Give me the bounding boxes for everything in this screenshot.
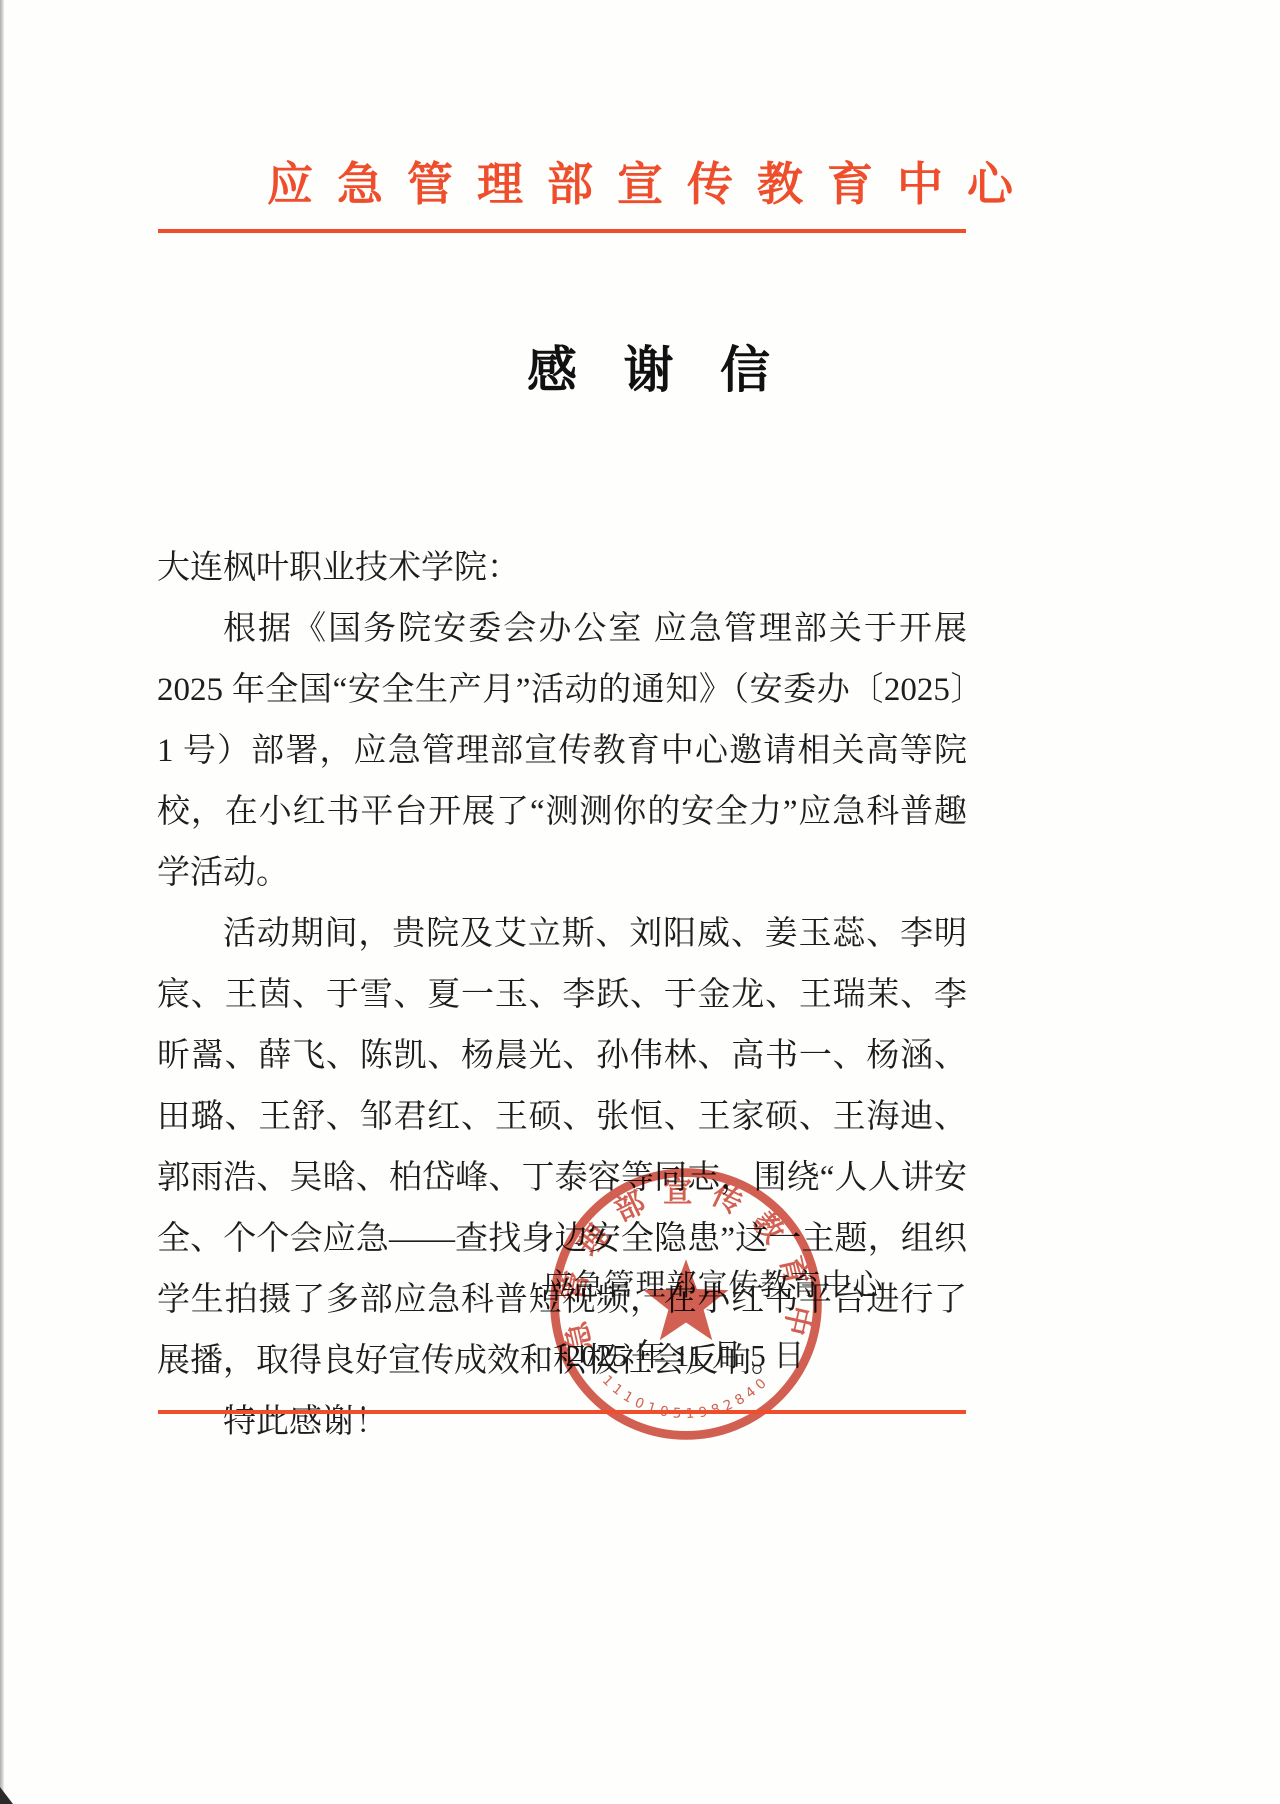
footer-divider [158, 1410, 966, 1414]
scan-edge-shadow [0, 0, 4, 1804]
letterhead-title: 应急管理部宣传教育中心 [0, 148, 1280, 214]
salutation: 大连枫叶职业技术学院： [157, 538, 967, 599]
paragraph-thanks: 特此感谢！ [157, 1392, 967, 1453]
signature-date: 2025 年 11 月 5 日 [500, 1330, 870, 1375]
signature-name: 应急管理部宣传教育中心 [528, 1260, 898, 1304]
paragraph-basis: 根据《国务院安委会办公室 应急管理部关于开展 2025 年全国“安全生产月”活动… [157, 599, 967, 904]
letterhead-divider [158, 229, 966, 233]
scan-corner-artifact [0, 1787, 13, 1804]
letter-page: 应急管理部宣传教育中心 感 谢 信 大连枫叶职业技术学院： 根据《国务院安委会办… [0, 0, 1280, 1804]
signature-block: 应急管理部宣传教育中心 2025 年 11 月 5 日 [528, 1260, 898, 1375]
document-title: 感 谢 信 [0, 330, 1280, 402]
